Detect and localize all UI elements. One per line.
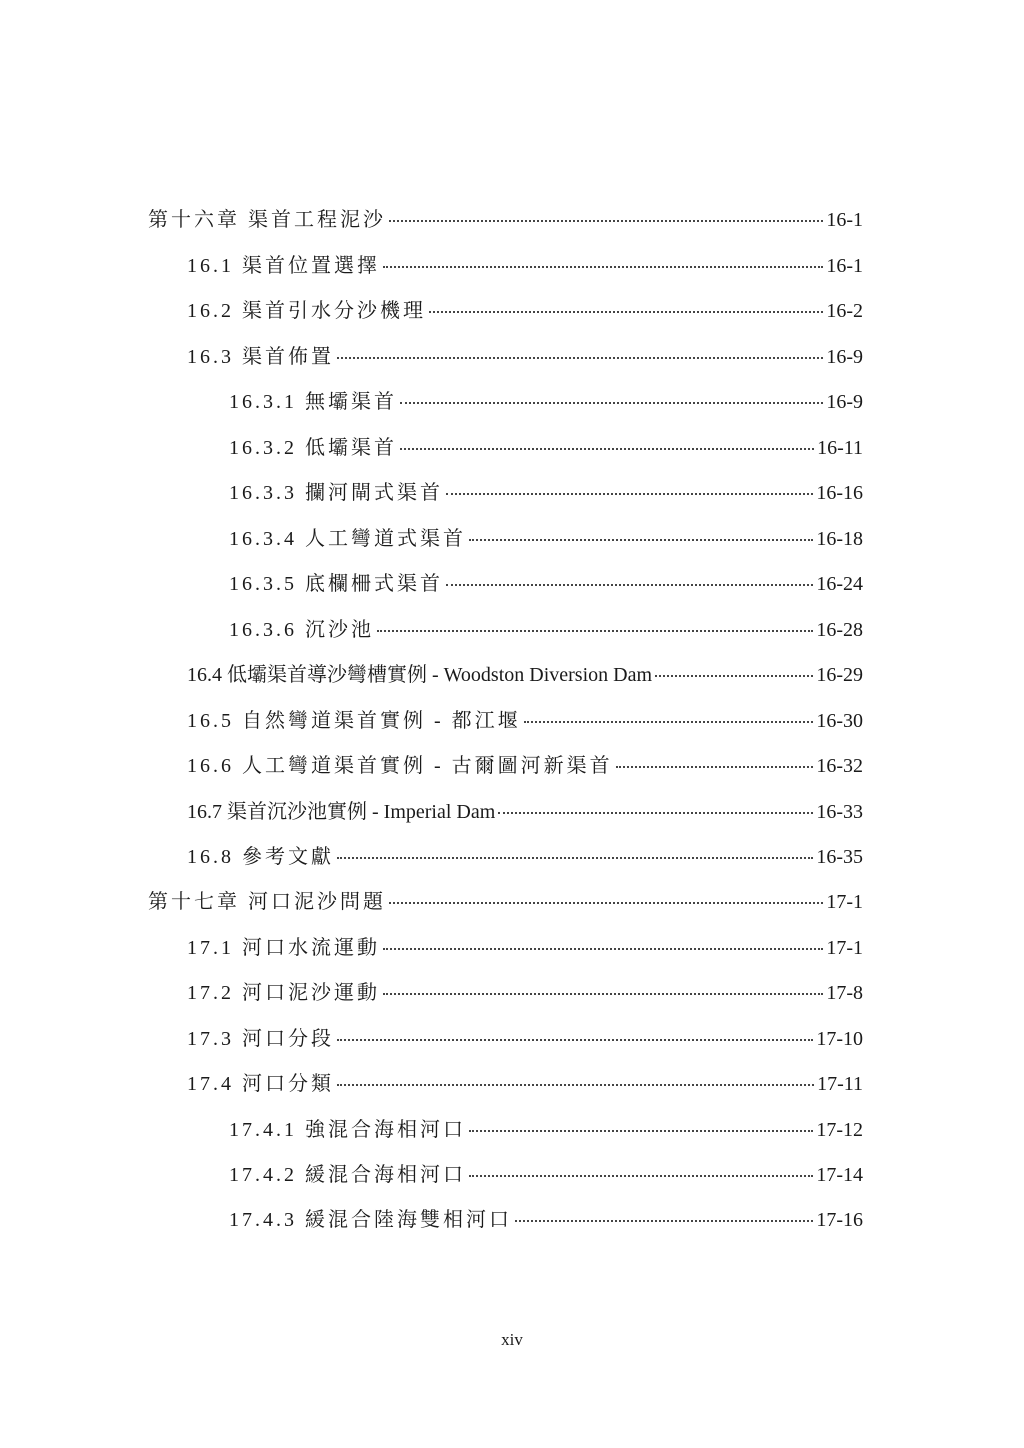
toc-entry[interactable]: 16.3.3 攔河閘式渠首16-16 xyxy=(229,479,863,507)
toc-entry-page: 17-16 xyxy=(816,1206,863,1234)
dot-leader xyxy=(337,857,813,859)
toc-entry-page: 16-1 xyxy=(826,252,863,280)
toc-entry-page: 16-35 xyxy=(816,843,863,871)
dot-leader xyxy=(383,948,823,950)
toc-entry-label: 17.4 河口分類 xyxy=(187,1070,334,1098)
dot-leader xyxy=(524,721,814,723)
dot-leader xyxy=(469,1175,813,1177)
dot-leader xyxy=(469,1130,813,1132)
toc-entry-page: 17-14 xyxy=(816,1161,863,1189)
page-number: xiv xyxy=(0,1330,1024,1350)
toc-entry-page: 16-29 xyxy=(816,661,863,689)
toc-entry-label: 17.3 河口分段 xyxy=(187,1025,334,1053)
dot-leader xyxy=(337,1039,813,1041)
dot-leader xyxy=(337,1084,814,1086)
toc-entry[interactable]: 16.4 低壩渠首導沙彎槽實例 - Woodston Diversion Dam… xyxy=(187,661,863,689)
toc-entry-page: 16-11 xyxy=(817,434,863,462)
toc-entry-label: 17.1 河口水流運動 xyxy=(187,934,380,962)
toc-entry-label: 17.4.1 強混合海相河口 xyxy=(229,1116,466,1144)
toc-entry-page: 17-10 xyxy=(816,1025,863,1053)
toc-entry-label: 第十七章 河口泥沙問題 xyxy=(148,888,386,916)
dot-leader xyxy=(446,493,813,495)
toc-entry[interactable]: 16.3 渠首佈置16-9 xyxy=(187,343,863,371)
dot-leader xyxy=(400,402,823,404)
toc-entry-label: 16.3.6 沉沙池 xyxy=(229,616,374,644)
toc-entry-page: 16-16 xyxy=(816,479,863,507)
toc-entry[interactable]: 16.6 人工彎道渠首實例 - 古爾圖河新渠首16-32 xyxy=(187,752,863,780)
dot-leader xyxy=(389,220,823,222)
toc-entry-chapter-16[interactable]: 第十六章 渠首工程泥沙16-1 xyxy=(148,206,863,234)
toc-entry-label: 16.8 參考文獻 xyxy=(187,843,334,871)
toc-entry[interactable]: 16.3.1 無壩渠首16-9 xyxy=(229,388,863,416)
toc-entry-label: 16.3.4 人工彎道式渠首 xyxy=(229,525,466,553)
toc-entry[interactable]: 17.4.2 緩混合海相河口17-14 xyxy=(229,1161,863,1189)
toc-entry-label: 第十六章 渠首工程泥沙 xyxy=(148,206,386,234)
toc-entry[interactable]: 17.1 河口水流運動17-1 xyxy=(187,934,863,962)
toc-entry-page: 17-12 xyxy=(816,1116,863,1144)
toc-entry-page: 16-28 xyxy=(816,616,863,644)
toc-entry-page: 17-11 xyxy=(817,1070,863,1098)
toc-entry-label: 17.4.3 緩混合陸海雙相河口 xyxy=(229,1206,512,1234)
toc-entry[interactable]: 16.2 渠首引水分沙機理16-2 xyxy=(187,297,863,325)
toc-entry-page: 16-18 xyxy=(816,525,863,553)
toc-entry[interactable]: 16.8 參考文獻16-35 xyxy=(187,843,863,871)
toc-entry[interactable]: 16.3.2 低壩渠首16-11 xyxy=(229,434,863,462)
toc-entry-label: 17.4.2 緩混合海相河口 xyxy=(229,1161,466,1189)
toc-entry-chapter-17[interactable]: 第十七章 河口泥沙問題17-1 xyxy=(148,888,863,916)
toc-entry[interactable]: 16.3.4 人工彎道式渠首16-18 xyxy=(229,525,863,553)
toc-entry-page: 17-1 xyxy=(826,888,863,916)
toc-entry-page: 17-1 xyxy=(826,934,863,962)
toc-entry[interactable]: 17.4.1 強混合海相河口17-12 xyxy=(229,1116,863,1144)
dot-leader xyxy=(377,630,813,632)
dot-leader xyxy=(446,584,813,586)
dot-leader xyxy=(383,993,823,995)
toc-entry[interactable]: 16.7 渠首沉沙池實例 - Imperial Dam16-33 xyxy=(187,798,863,826)
toc-entry-label: 17.2 河口泥沙運動 xyxy=(187,979,380,1007)
dot-leader xyxy=(655,675,813,677)
toc-entry-page: 16-32 xyxy=(816,752,863,780)
toc-entry-label: 16.1 渠首位置選擇 xyxy=(187,252,380,280)
toc-entry[interactable]: 16.5 自然彎道渠首實例 - 都江堰16-30 xyxy=(187,707,863,735)
toc-entry-label: 16.3.2 低壩渠首 xyxy=(229,434,397,462)
toc-entry-label: 16.3.1 無壩渠首 xyxy=(229,388,397,416)
dot-leader xyxy=(337,357,823,359)
dot-leader xyxy=(515,1220,813,1222)
toc-entry-page: 16-9 xyxy=(826,388,863,416)
toc-entry-page: 16-2 xyxy=(826,297,863,325)
toc-entry[interactable]: 16.1 渠首位置選擇16-1 xyxy=(187,252,863,280)
dot-leader xyxy=(429,311,823,313)
toc-entry-page: 16-1 xyxy=(826,206,863,234)
toc-entry-page: 16-30 xyxy=(816,707,863,735)
toc-entry[interactable]: 17.4 河口分類17-11 xyxy=(187,1070,863,1098)
dot-leader xyxy=(383,266,823,268)
toc-entry-page: 16-9 xyxy=(826,343,863,371)
dot-leader xyxy=(389,902,823,904)
toc-entry-label: 16.4 低壩渠首導沙彎槽實例 - Woodston Diversion Dam xyxy=(187,661,652,689)
toc-entry-label: 16.3.3 攔河閘式渠首 xyxy=(229,479,443,507)
toc-entry-label: 16.6 人工彎道渠首實例 - 古爾圖河新渠首 xyxy=(187,752,613,780)
toc-entry-page: 17-8 xyxy=(826,979,863,1007)
toc-entry[interactable]: 17.3 河口分段17-10 xyxy=(187,1025,863,1053)
dot-leader xyxy=(498,812,813,814)
dot-leader xyxy=(400,448,814,450)
toc-entry-label: 16.3 渠首佈置 xyxy=(187,343,334,371)
dot-leader xyxy=(469,539,813,541)
toc-entry-page: 16-24 xyxy=(816,570,863,598)
toc-entry-label: 16.3.5 底欄柵式渠首 xyxy=(229,570,443,598)
toc-entry-label: 16.7 渠首沉沙池實例 - Imperial Dam xyxy=(187,798,495,826)
dot-leader xyxy=(616,766,814,768)
toc-entry[interactable]: 16.3.6 沉沙池16-28 xyxy=(229,616,863,644)
toc-entry-label: 16.2 渠首引水分沙機理 xyxy=(187,297,426,325)
toc-entry-label: 16.5 自然彎道渠首實例 - 都江堰 xyxy=(187,707,521,735)
toc-entry[interactable]: 17.2 河口泥沙運動17-8 xyxy=(187,979,863,1007)
toc-entry-page: 16-33 xyxy=(816,798,863,826)
toc-entry[interactable]: 17.4.3 緩混合陸海雙相河口17-16 xyxy=(229,1206,863,1234)
toc-entry[interactable]: 16.3.5 底欄柵式渠首16-24 xyxy=(229,570,863,598)
